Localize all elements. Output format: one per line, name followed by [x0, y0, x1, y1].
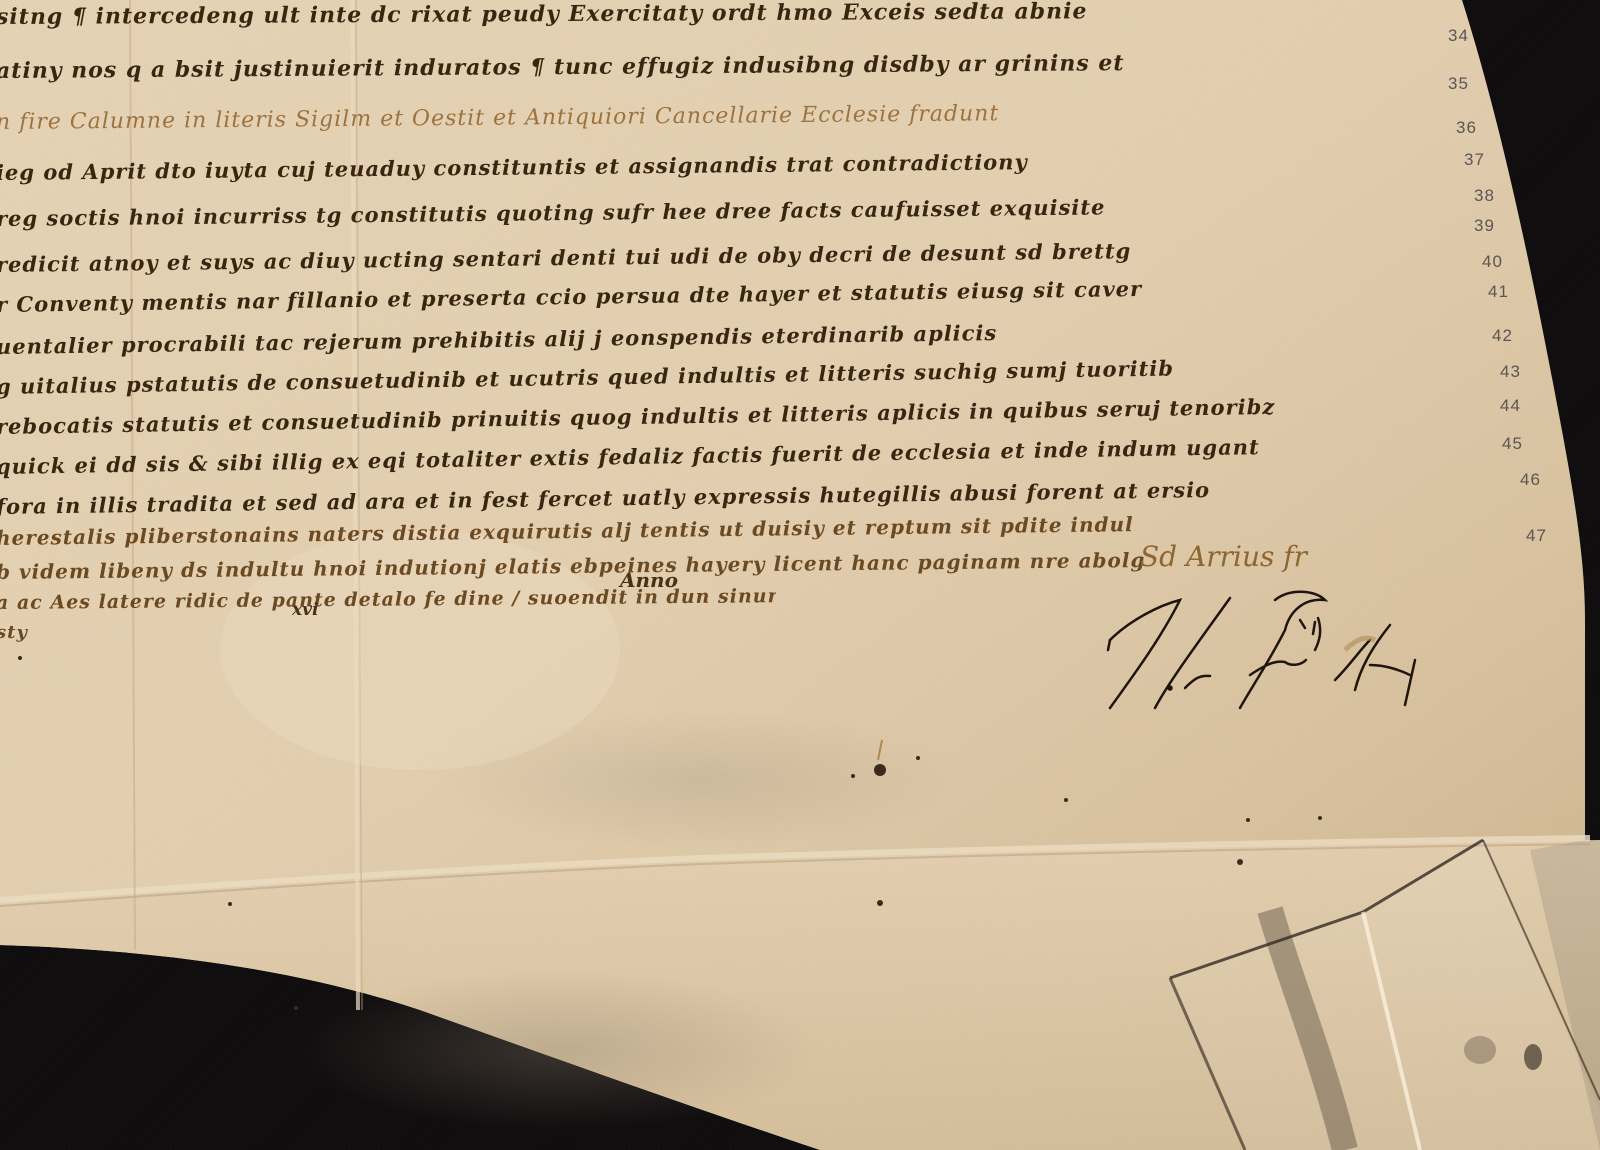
manuscript-line-46: herestalis pliberstonains naters distia …	[0, 512, 1134, 550]
line-number-38: 38	[1474, 186, 1495, 206]
manuscript-line-42: g uitalius pstatutis de consuetudinib et…	[0, 355, 1174, 399]
manuscript-line-40: r Conventy mentis nar fillanio et preser…	[0, 276, 1142, 317]
closing-formula: Sd Arrius fr	[1140, 540, 1307, 573]
manuscript-line-43: rebocatis statutis et consuetudinib prin…	[0, 394, 1275, 439]
closing-line-2: sty	[0, 622, 28, 643]
line-number-42: 42	[1492, 326, 1513, 346]
manuscript-line-47: b videm libeny ds indultu hnoi indutionj…	[0, 548, 1145, 584]
manuscript-line-44: quick ei dd sis & sibi illig ex eqi tota…	[0, 434, 1260, 479]
manuscript-text: sitng ¶ intercedeng ult inte dc rixat pe…	[0, 0, 1600, 1150]
photo-scene: sitng ¶ intercedeng ult inte dc rixat pe…	[0, 0, 1600, 1150]
manuscript-line-36: n fire Calumne in literis Sigilm et Oest…	[0, 101, 999, 135]
line-number-39: 39	[1474, 216, 1495, 236]
line-number-41: 41	[1488, 282, 1509, 302]
line-number-37: 37	[1464, 150, 1485, 170]
manuscript-line-34: sitng ¶ intercedeng ult inte dc rixat pe…	[0, 0, 1088, 30]
line-number-44: 44	[1500, 396, 1521, 416]
xvi-word: xvi	[292, 600, 318, 620]
line-number-45: 45	[1502, 434, 1523, 454]
manuscript-line-39: redicit atnoy et suys ac diuy ucting sen…	[0, 238, 1131, 277]
anno-word: Anno	[620, 568, 678, 592]
line-number-40: 40	[1482, 252, 1503, 272]
manuscript-line-35: atiny nos q a bsit justinuierit indurato…	[0, 50, 1125, 84]
line-number-47: 47	[1526, 526, 1547, 546]
line-number-35: 35	[1448, 74, 1469, 94]
manuscript-line-41: uentalier procrabili tac rejerum prehibi…	[0, 320, 997, 359]
line-number-34: 34	[1448, 26, 1469, 46]
manuscript-line-38: reg soctis hnoi incurriss tg constitutis…	[0, 194, 1106, 231]
line-number-43: 43	[1500, 362, 1521, 382]
manuscript-line-37: ieg od Aprit dto iuyta cuj teuaduy const…	[0, 149, 1028, 185]
line-number-46: 46	[1520, 470, 1541, 490]
cardinal-signature: J. f. Car. Altarij	[1070, 580, 1420, 710]
line-number-36: 36	[1456, 118, 1477, 138]
